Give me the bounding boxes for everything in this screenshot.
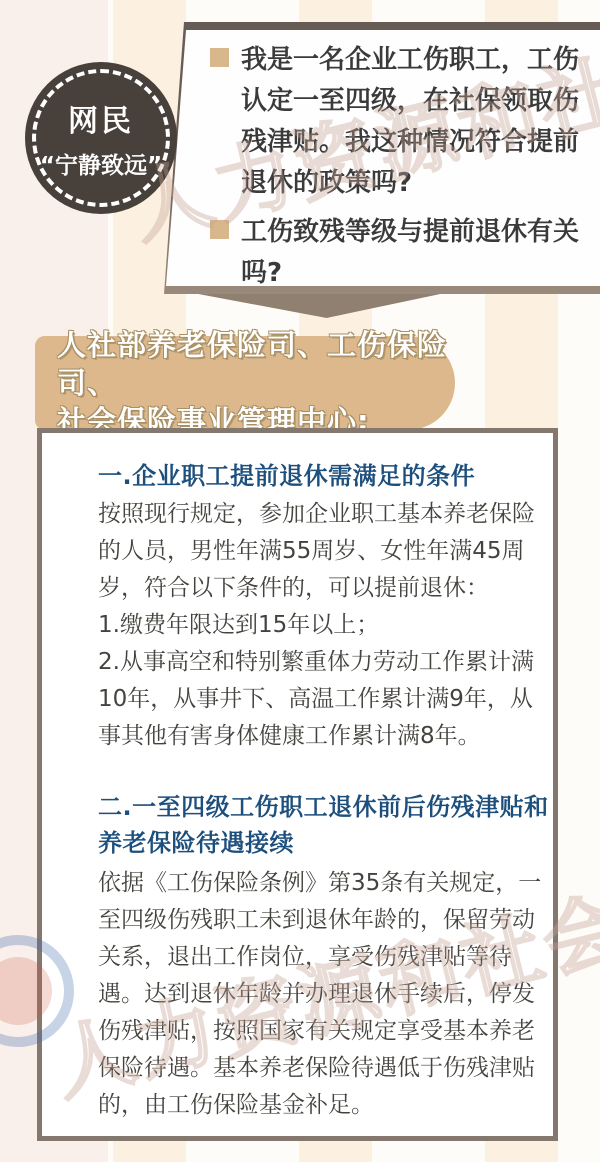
section-2-body: 依据《工伤保险条例》第35条有关规定，一至四级伤残职工未到退休年龄的，保留劳动关… (98, 865, 548, 1124)
question-speech-bubble: 我是一名企业工伤职工，工伤认定一至四级，在社保领取伤残津贴。我这种情况符合提前退… (156, 22, 600, 294)
speech-bubble-body: 我是一名企业工伤职工，工伤认定一至四级，在社保领取伤残津贴。我这种情况符合提前退… (164, 30, 600, 286)
dashed-ring-decoration (32, 69, 170, 207)
question-item-1: 我是一名企业工伤职工，工伤认定一至四级，在社保领取伤残津贴。我这种情况符合提前退… (210, 40, 595, 204)
answer-box: 一.企业职工提前退休需满足的条件 按照现行规定，参加企业职工基本养老保险的人员，… (37, 428, 558, 1141)
square-bullet-icon (210, 48, 229, 67)
question-1-text: 我是一名企业工伤职工，工伤认定一至四级，在社保领取伤残津贴。我这种情况符合提前退… (241, 40, 595, 204)
section-1-body: 按照现行规定，参加企业职工基本养老保险的人员，男性年满55周岁、女性年满45周岁… (98, 496, 548, 755)
question-2-text: 工伤致残等级与提前退休有关吗? (241, 212, 595, 294)
answer-department-banner: 人社部养老保险司、工伤保险司、 社会保险事业管理中心: (35, 336, 455, 430)
banner-title: 人社部养老保险司、工伤保险司、 社会保险事业管理中心: (35, 326, 455, 440)
netizen-badge: 网民 “宁静致远” (25, 62, 177, 214)
section-2-heading: 二.一至四级工伤职工退休前后伤残津贴和养老保险待遇接续 (98, 789, 550, 861)
question-item-2: 工伤致残等级与提前退休有关吗? (210, 212, 595, 294)
section-1-heading: 一.企业职工提前退休需满足的条件 (98, 459, 550, 494)
square-bullet-icon (210, 220, 229, 239)
